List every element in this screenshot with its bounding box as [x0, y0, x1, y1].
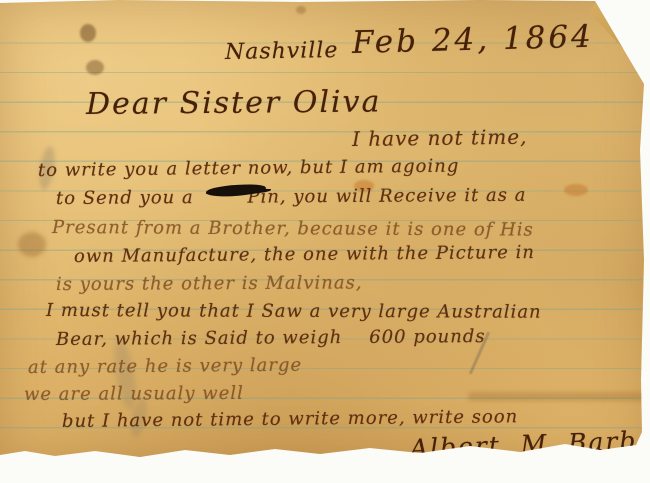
dateline-place: Nashville: [225, 40, 339, 64]
letter-line: to Send you a Pin, you will Receive it a…: [56, 187, 527, 208]
letter-line: is yours the other is Malvinas,: [56, 274, 363, 294]
salutation: Dear Sister Oliva: [86, 87, 382, 120]
letter-line: at any rate he is very large: [28, 357, 302, 377]
letter-paper: Nashville Feb 24, 1864 Dear Sister Oliva…: [0, 0, 650, 463]
paper-scrape: [556, 448, 608, 464]
opening-line: I have not time,: [352, 127, 528, 149]
letter-line: to write you a letter now, but I am agoi…: [38, 158, 459, 180]
corner-fold: [588, 0, 650, 88]
ink-speck-stain: [296, 6, 306, 14]
dateline-date: Feb 24, 1864: [352, 22, 595, 59]
ink-speck-stain: [86, 60, 104, 75]
letter-line: but I have not time to write more, write…: [62, 408, 518, 431]
crease-stain: [468, 392, 650, 401]
signature-line: Albert. M. Barber: [410, 427, 650, 461]
round-brown-stain: [18, 232, 46, 257]
letter-line: we are all usualy well: [24, 385, 244, 404]
letter-line: Bear, which is Said to weigh 600 pounds: [56, 328, 486, 349]
rust-spot: [564, 184, 588, 196]
letter-line: own Manufacture, the one with the Pictur…: [74, 244, 535, 266]
letter-line: Presant from a Brother, because it is on…: [52, 219, 534, 240]
letter-scan: Nashville Feb 24, 1864 Dear Sister Oliva…: [0, 0, 650, 483]
letter-line: I must tell you that I Saw a very large …: [46, 302, 542, 322]
ink-speck-stain: [80, 24, 96, 42]
